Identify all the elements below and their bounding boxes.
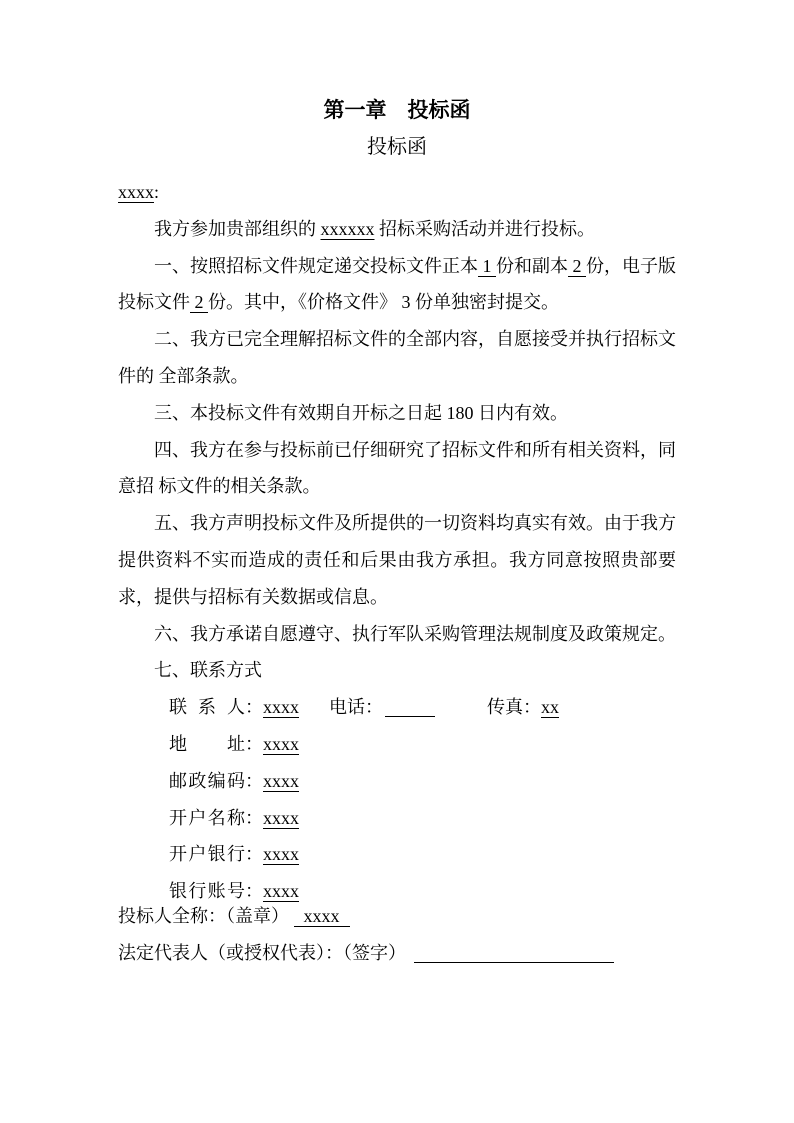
intro-blank-value: xxxxxx <box>321 219 375 239</box>
item-1-text: 份。其中，《价格文件》 3 份单独密封提交。 <box>208 292 559 312</box>
item-2: 二、我方已完全理解招标文件的全部内容，自愿接受并执行招标文件的 全部条款。 <box>118 321 676 395</box>
label-colon: ： <box>245 808 263 828</box>
contact-value: xxxx <box>263 844 299 864</box>
page-content: 第一章 投标函 投标函 xxxx: 我方参加贵部组织的 xxxxxx 招标采购活… <box>118 92 676 972</box>
footer-block: 投标人全称：（盖章） xxxx 法定代表人（或授权代表）：（签字） <box>118 898 676 972</box>
contact-postcode-row: 邮政编码：xxxx <box>118 763 676 800</box>
chapter-title: 第一章 投标函 <box>118 92 676 129</box>
fax-value: xx <box>541 697 559 717</box>
contact-person-row: 联系人：xxxx电话：传真：xx <box>118 689 676 726</box>
contact-bank-row: 开户银行：xxxx <box>118 836 676 873</box>
contact-person-value: xxxx <box>263 697 299 717</box>
salutation-line: xxxx: <box>118 174 676 211</box>
footer-legal-row: 法定代表人（或授权代表）：（签字） <box>118 935 676 972</box>
salutation-name: xxxx <box>118 182 154 202</box>
signature-blank-field <box>414 942 614 963</box>
item-1-text: 一、按照招标文件规定递交投标文件正本 <box>154 256 478 276</box>
legal-label: 法定代表人（或授权代表）： <box>118 943 343 963</box>
bidder-value: xxxx <box>294 906 350 927</box>
spacer <box>118 166 676 174</box>
doc-subtitle: 投标函 <box>118 129 676 166</box>
contact-person-label: 联系人 <box>169 689 245 726</box>
label-colon: ： <box>365 697 383 717</box>
intro-post: 招标采购活动并进行投标。 <box>375 219 596 239</box>
salutation-colon: : <box>154 182 159 202</box>
contact-value: xxxx <box>263 808 299 828</box>
contact-label: 开户名称 <box>169 800 245 837</box>
fax-label: 传真： <box>487 697 541 717</box>
item-4: 四、我方在参与投标前已仔细研究了招标文件和所有相关资料，同意招 标文件的相关条款… <box>118 432 676 506</box>
label-colon: ： <box>245 844 263 864</box>
document-page: { "document": { "title": "第一章 投标函", "sub… <box>0 0 794 1123</box>
intro-paragraph: 我方参加贵部组织的 xxxxxx 招标采购活动并进行投标。 <box>118 211 676 248</box>
item-5: 五、我方声明投标文件及所提供的一切资料均真实有效。由于我方提供资料不实而造成的责… <box>118 505 676 615</box>
contact-label: 开户银行 <box>169 836 245 873</box>
contact-value: xxxx <box>263 734 299 754</box>
item-1-original-count: 1 <box>478 256 496 276</box>
label-colon: ： <box>245 697 263 717</box>
contact-value: xxxx <box>263 771 299 791</box>
item-1-electronic-count: 2 <box>190 292 208 312</box>
item-6: 六、我方承诺自愿遵守、执行军队采购管理法规制度及政策规定。 <box>118 616 676 653</box>
intro-pre: 我方参加贵部组织的 <box>154 219 321 239</box>
item-1-text: 份和副本 <box>496 256 568 276</box>
footer-bidder-row: 投标人全称：（盖章） xxxx <box>118 898 676 935</box>
bidder-label: 投标人全称： <box>118 906 226 926</box>
item-1: 一、按照招标文件规定递交投标文件正本 1 份和副本 2 份，电子版投标文件 2 … <box>118 248 676 322</box>
item-1-copy-count: 2 <box>568 256 586 276</box>
label-colon: ： <box>245 771 263 791</box>
contact-label: 地址 <box>169 726 245 763</box>
stamp-note: （盖章） <box>226 906 289 926</box>
label-colon: ： <box>245 734 263 754</box>
item-7: 七、联系方式 <box>118 652 676 689</box>
phone-label: 电话： <box>329 697 383 717</box>
phone-blank-field <box>385 696 435 717</box>
label-colon: ： <box>523 697 541 717</box>
item-3: 三、本投标文件有效期自开标之日起 180 日内有效。 <box>118 395 676 432</box>
contact-address-row: 地址：xxxx <box>118 726 676 763</box>
contact-label: 邮政编码 <box>169 763 245 800</box>
contact-account-name-row: 开户名称：xxxx <box>118 800 676 837</box>
sign-note: （签字） <box>343 943 406 963</box>
